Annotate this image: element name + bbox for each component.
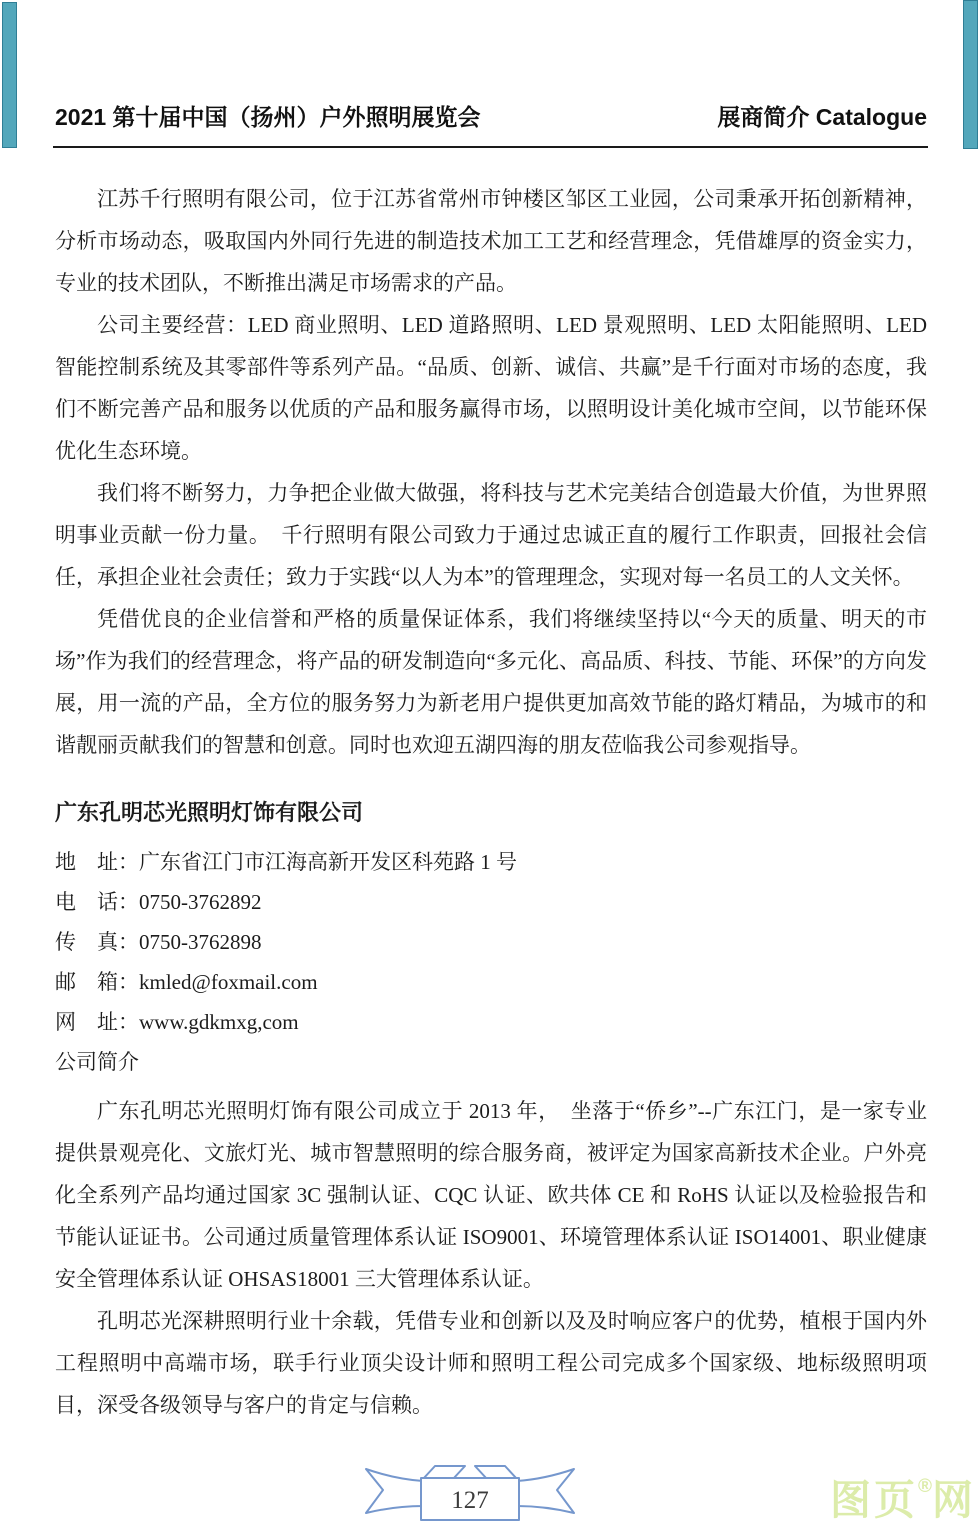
contact-label: 网 址： xyxy=(55,1010,139,1034)
page-number-ribbon: 127 xyxy=(363,1458,577,1522)
watermark-text-right: 网 xyxy=(932,1477,976,1523)
company1-paragraph: 凭借优良的企业信誉和严格的质量保证体系，我们将继续坚持以“今天的质量、明天的市场… xyxy=(55,598,927,766)
contact-row-fax: 传 真：0750-3762898 xyxy=(55,922,927,962)
ribbon-left-wing xyxy=(366,1469,423,1513)
contact-value-fax: 0750-3762898 xyxy=(139,930,262,954)
company2-contact-list: 地 址：广东省江门市江海高新开发区科苑路 1 号 电 话：0750-376289… xyxy=(55,842,927,1042)
company2-paragraph: 广东孔明芯光照明灯饰有限公司成立于 2013 年， 坐落于“侨乡”--广东江门，… xyxy=(55,1090,927,1300)
contact-row-email: 邮 箱：kmled@foxmail.com xyxy=(55,962,927,1002)
contact-value-phone: 0750-3762892 xyxy=(139,890,262,914)
contact-value-email: kmled@foxmail.com xyxy=(139,970,318,994)
header-exhibition-title: 2021 第十届中国（扬州）户外照明展览会 xyxy=(55,99,481,132)
contact-label: 地 址： xyxy=(55,850,139,874)
contact-label: 邮 箱： xyxy=(55,970,139,994)
company2-paragraph: 孔明芯光深耕照明行业十余载，凭借专业和创新以及及时响应客户的优势，植根于国内外工… xyxy=(55,1300,927,1426)
contact-label: 传 真： xyxy=(55,930,139,954)
page-content: 江苏千行照明有限公司，位于江苏省常州市钟楼区邹区工业园，公司秉承开拓创新精神，分… xyxy=(55,178,927,1426)
company2-name-heading: 广东孔明芯光照明灯饰有限公司 xyxy=(55,798,927,828)
header-divider xyxy=(53,146,928,148)
company1-paragraph: 公司主要经营：LED 商业照明、LED 道路照明、LED 景观照明、LED 太阳… xyxy=(55,304,927,472)
ribbon-right-wing xyxy=(517,1469,574,1513)
contact-value-address: 广东省江门市江海高新开发区科苑路 1 号 xyxy=(139,850,517,874)
watermark-logo: 图页®网 xyxy=(830,1477,976,1521)
left-accent-bar xyxy=(2,2,17,148)
company1-paragraph: 江苏千行照明有限公司，位于江苏省常州市钟楼区邹区工业园，公司秉承开拓创新精神，分… xyxy=(55,178,927,304)
contact-row-phone: 电 话：0750-3762892 xyxy=(55,882,927,922)
right-accent-bar xyxy=(963,0,978,149)
header-catalogue-title: 展商简介 Catalogue xyxy=(717,99,927,132)
contact-value-website: www.gdkmxg,com xyxy=(139,1010,299,1034)
watermark-text-left: 图页 xyxy=(830,1477,918,1523)
contact-label: 电 话： xyxy=(55,890,139,914)
company2-intro: 广东孔明芯光照明灯饰有限公司成立于 2013 年， 坐落于“侨乡”--广东江门，… xyxy=(55,1090,927,1426)
page-header: 2021 第十届中国（扬州）户外照明展览会 展商简介 Catalogue xyxy=(55,99,927,132)
company2-intro-label: 公司简介 xyxy=(55,1042,927,1082)
registered-trademark-icon: ® xyxy=(918,1476,932,1497)
page-number: 127 xyxy=(451,1487,489,1514)
company1-paragraph: 我们将不断努力，力争把企业做大做强，将科技与艺术完美结合创造最大价值，为世界照明… xyxy=(55,472,927,598)
contact-row-website: 网 址：www.gdkmxg,com xyxy=(55,1002,927,1042)
contact-row-address: 地 址：广东省江门市江海高新开发区科苑路 1 号 xyxy=(55,842,927,882)
